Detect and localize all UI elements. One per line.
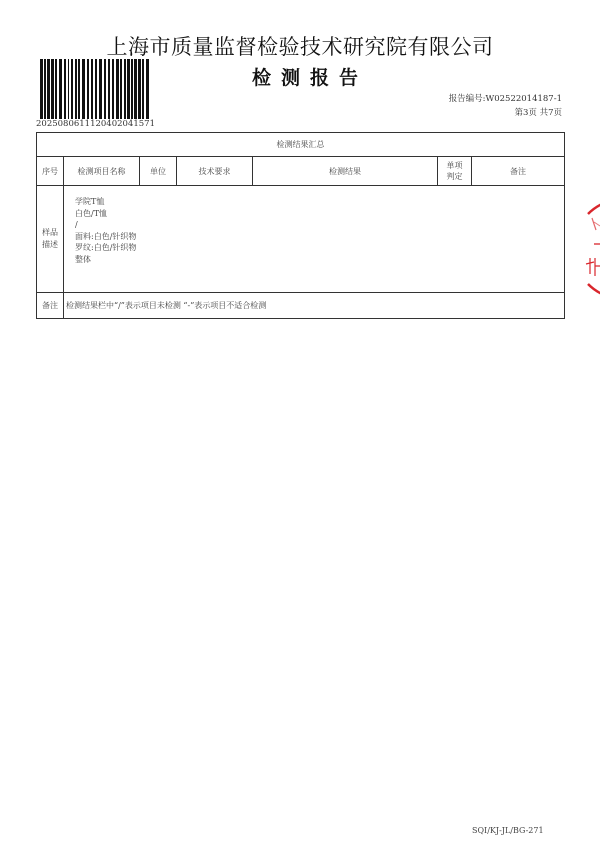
- sample-description-label: 样品 描述: [37, 186, 64, 293]
- barcode-icon: [40, 59, 150, 119]
- description-line: 整体: [75, 254, 564, 266]
- label-line: 样品: [37, 227, 63, 239]
- description-line: 罗纹:白色/针织物: [75, 242, 564, 254]
- table-title: 检测结果汇总: [37, 133, 565, 157]
- table-header-row: 序号 检测项目名称 单位 技术要求 检测结果 单项 判定 备注: [37, 157, 565, 186]
- barcode-number: 2025080611120402041571: [36, 119, 155, 129]
- label-line: 描述: [37, 239, 63, 251]
- description-line: 白色/T恤: [75, 208, 564, 220]
- description-line: /: [75, 219, 564, 231]
- notes-text: 检测结果栏中“/”表示项目未检测 “-”表示项目不适合检测: [64, 293, 565, 319]
- column-header-judgment: 单项 判定: [438, 157, 472, 186]
- column-header-index: 序号: [37, 157, 64, 186]
- judgment-line: 判定: [438, 171, 471, 182]
- sample-description-row: 样品 描述 学院T恤 白色/T恤 / 面料:白色/针织物 罗纹:白色/针织物 整…: [37, 186, 565, 293]
- company-name: 上海市质量监督检验技术研究院有限公司: [0, 31, 600, 61]
- page-number: 第3页 共7页: [514, 106, 562, 118]
- column-header-unit: 单位: [140, 157, 177, 186]
- form-code: SQI/KJ-JL/BG-271: [472, 826, 544, 835]
- notes-row: 备注 检测结果栏中“/”表示项目未检测 “-”表示项目不适合检测: [37, 293, 565, 319]
- results-summary-table: 检测结果汇总 序号 检测项目名称 单位 技术要求 检测结果 单项 判定 备注 样…: [36, 132, 565, 319]
- notes-label: 备注: [37, 293, 64, 319]
- judgment-line: 单项: [438, 160, 471, 171]
- description-line: 学院T恤: [75, 196, 564, 208]
- sample-description-text: 学院T恤 白色/T恤 / 面料:白色/针织物 罗纹:白色/针织物 整体: [64, 186, 565, 293]
- column-header-requirement: 技术要求: [177, 157, 253, 186]
- column-header-item-name: 检测项目名称: [64, 157, 140, 186]
- description-line: 面料:白色/针织物: [75, 231, 564, 243]
- column-header-remarks: 备注: [472, 157, 565, 186]
- report-number: 报告编号:W02522014187-1: [449, 92, 562, 104]
- official-seal-stamp-icon: [580, 196, 600, 296]
- column-header-result: 检测结果: [253, 157, 438, 186]
